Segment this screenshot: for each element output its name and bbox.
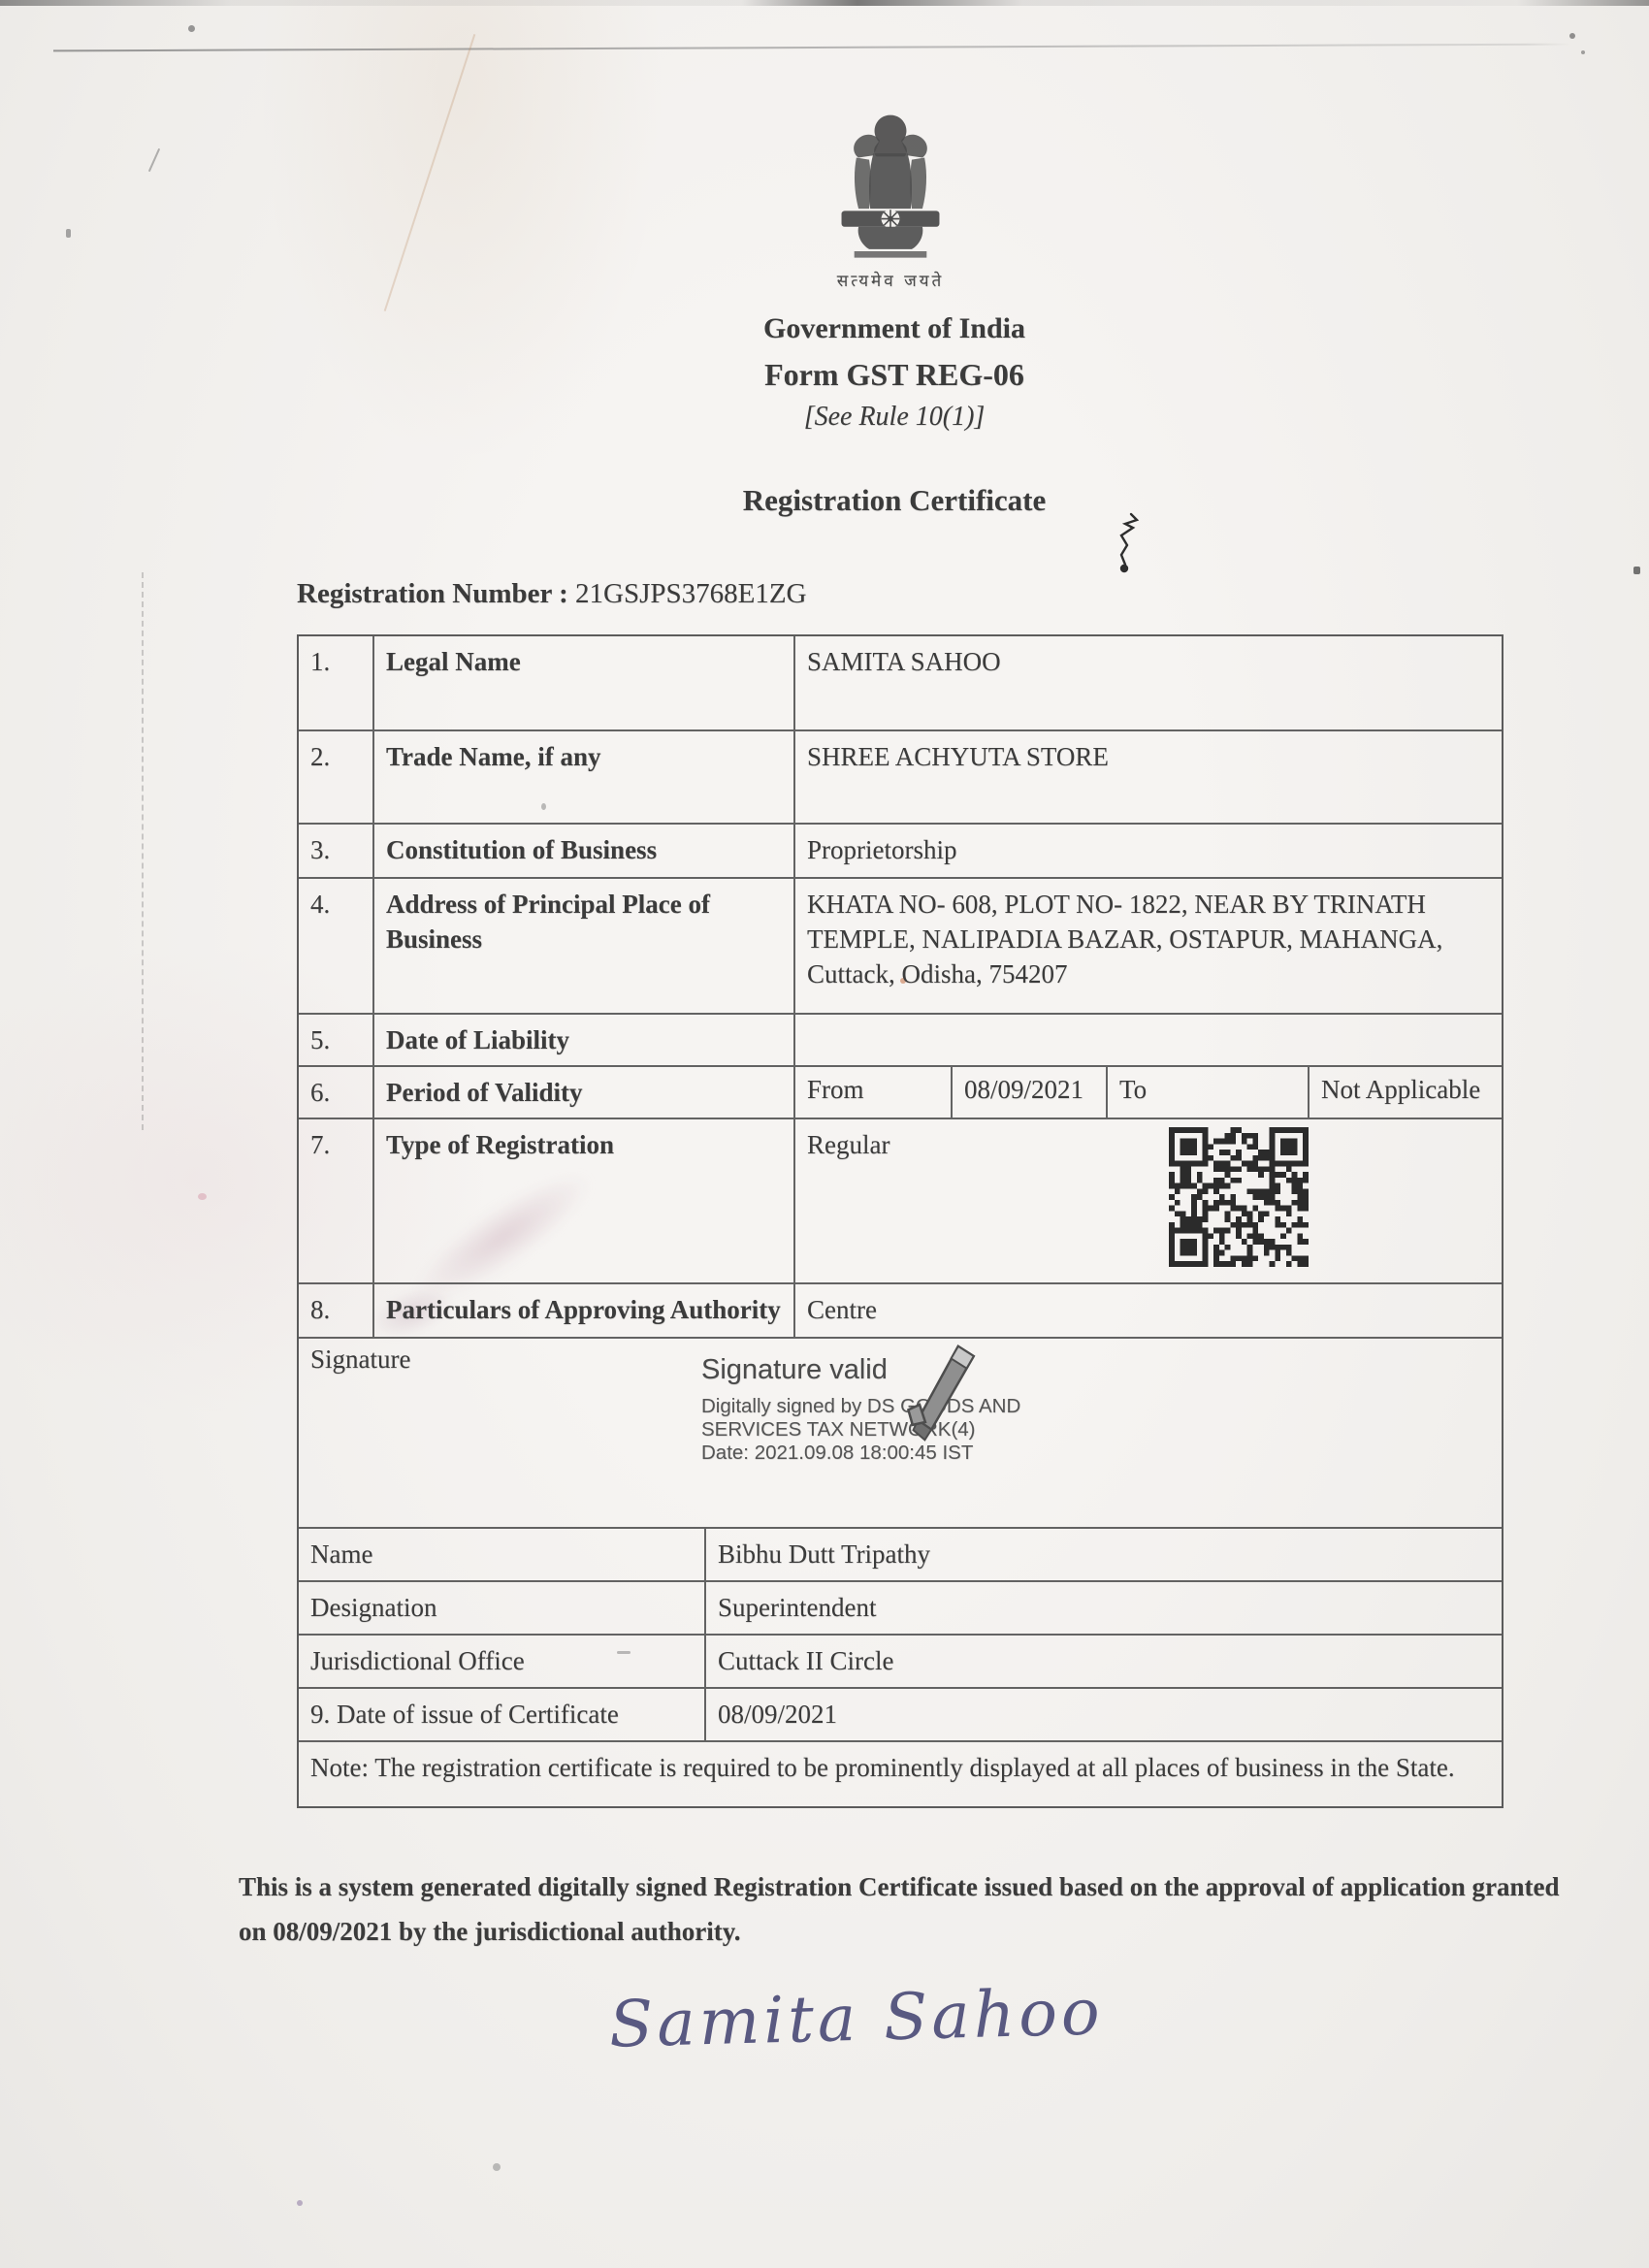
rule-reference: [See Rule 10(1)]	[70, 402, 1649, 433]
jurisdictional-office-row: Jurisdictional Office Cuttack II Circle	[299, 1636, 1502, 1689]
period-of-validity-cells: From 08/09/2021 To Not Applicable	[795, 1067, 1502, 1118]
name-label: Name	[299, 1529, 706, 1580]
row-label: Constitution of Business	[374, 825, 795, 877]
table-row: 1. Legal Name SAMITA SAHOO	[299, 636, 1502, 731]
scan-fold-line-artifact	[53, 44, 1571, 51]
row-label: Period of Validity	[374, 1067, 795, 1118]
officer-name-row: Name Bibhu Dutt Tripathy	[299, 1529, 1502, 1582]
row-value: SHREE ACHYUTA STORE	[795, 731, 1502, 823]
scan-bleed-dots-artifact	[142, 572, 144, 1130]
note-row: Note: The registration certificate is re…	[299, 1742, 1502, 1806]
scan-speck	[1569, 33, 1575, 39]
ashoka-lion-capital-emblem-icon	[826, 109, 954, 262]
registration-details-table: 1. Legal Name SAMITA SAHOO 2. Trade Name…	[297, 634, 1503, 1808]
row-value	[795, 1015, 1502, 1065]
row-serial: 8.	[299, 1284, 374, 1337]
jurisdictional-office-label: Jurisdictional Office	[299, 1636, 706, 1687]
government-of-india-heading: Government of India	[70, 312, 1649, 345]
scan-speck	[297, 2200, 303, 2206]
registration-number-line: Registration Number : 21GSJPS3768E1ZG	[297, 578, 807, 610]
registration-number-label: Registration Number :	[297, 578, 568, 609]
row-value: Proprietorship	[795, 825, 1502, 877]
row-serial: 5.	[299, 1015, 374, 1065]
row-serial: 3.	[299, 825, 374, 877]
certificate-title: Registration Certificate	[70, 483, 1649, 518]
name-value: Bibhu Dutt Tripathy	[706, 1529, 1502, 1580]
row-label: Trade Name, if any	[374, 731, 795, 823]
scan-speck	[1633, 567, 1640, 574]
row-value: Centre	[795, 1284, 1502, 1337]
emblem-caption: सत्यमेव जयते	[66, 269, 1649, 291]
table-row: 4. Address of Principal Place of Busines…	[299, 879, 1502, 1015]
emblem-block: सत्यमेव जयते	[66, 109, 1649, 291]
signature-label: Signature	[310, 1345, 410, 1375]
row-serial: 1.	[299, 636, 374, 729]
digital-signature-block: Signature valid Digitally signed by DS G…	[701, 1354, 1020, 1465]
date-of-issue-value: 08/09/2021	[706, 1689, 1502, 1740]
from-date-cell: 08/09/2021	[953, 1067, 1108, 1118]
registration-type-value: Regular	[807, 1130, 889, 1159]
designation-label: Designation	[299, 1582, 706, 1634]
row-label: Type of Registration	[374, 1119, 795, 1282]
scanned-gst-registration-certificate: सत्यमेव जयते Government of India Form GS…	[0, 0, 1649, 2268]
table-row: 7. Type of Registration Regular	[299, 1119, 1502, 1284]
scan-speck	[188, 25, 195, 32]
row-label: Legal Name	[374, 636, 795, 729]
date-of-issue-label: 9. Date of issue of Certificate	[299, 1689, 706, 1740]
table-row: 3. Constitution of Business Proprietorsh…	[299, 825, 1502, 879]
form-title: Form GST REG-06	[70, 357, 1649, 393]
row-label: Address of Principal Place of Business	[374, 879, 795, 1013]
registration-number-value: 21GSJPS3768E1ZG	[575, 578, 807, 609]
scan-speck	[493, 2163, 501, 2171]
table-row: 8. Particulars of Approving Authority Ce…	[299, 1284, 1502, 1339]
officer-designation-row: Designation Superintendent	[299, 1582, 1502, 1636]
note-text: Note: The registration certificate is re…	[299, 1742, 1502, 1806]
system-generated-statement: This is a system generated digitally sig…	[239, 1864, 1587, 1954]
ink-squiggle-mark	[1112, 512, 1145, 576]
row-label: Date of Liability	[374, 1015, 795, 1065]
row-serial: 4.	[299, 879, 374, 1013]
table-row: 6. Period of Validity From 08/09/2021 To…	[299, 1067, 1502, 1119]
row-serial: 2.	[299, 731, 374, 823]
scan-speck	[1581, 50, 1585, 54]
qr-code	[1169, 1127, 1309, 1267]
row-value: SAMITA SAHOO	[795, 636, 1502, 729]
to-value-cell: Not Applicable	[1309, 1067, 1502, 1118]
table-row: 2. Trade Name, if any SHREE ACHYUTA STOR…	[299, 731, 1502, 825]
scan-top-edge-artifact	[0, 0, 1649, 6]
to-label-cell: To	[1108, 1067, 1309, 1118]
signature-valid-checkmark-icon	[907, 1339, 983, 1453]
table-row: 5. Date of Liability	[299, 1015, 1502, 1067]
row-value: KHATA NO- 608, PLOT NO- 1822, NEAR BY TR…	[795, 879, 1502, 1013]
signature-row: Signature Signature valid Digitally sign…	[299, 1339, 1502, 1529]
row-serial: 6.	[299, 1067, 374, 1118]
from-label-cell: From	[795, 1067, 953, 1118]
row-value: Regular	[795, 1119, 1502, 1282]
designation-value: Superintendent	[706, 1582, 1502, 1634]
jurisdictional-office-value: Cuttack II Circle	[706, 1636, 1502, 1687]
row-serial: 7.	[299, 1119, 374, 1282]
row-label: Particulars of Approving Authority	[374, 1284, 795, 1337]
date-of-issue-row: 9. Date of issue of Certificate 08/09/20…	[299, 1689, 1502, 1742]
scan-speck	[198, 1193, 207, 1200]
handwritten-signature: Samita Sahoo	[608, 1974, 1104, 2061]
